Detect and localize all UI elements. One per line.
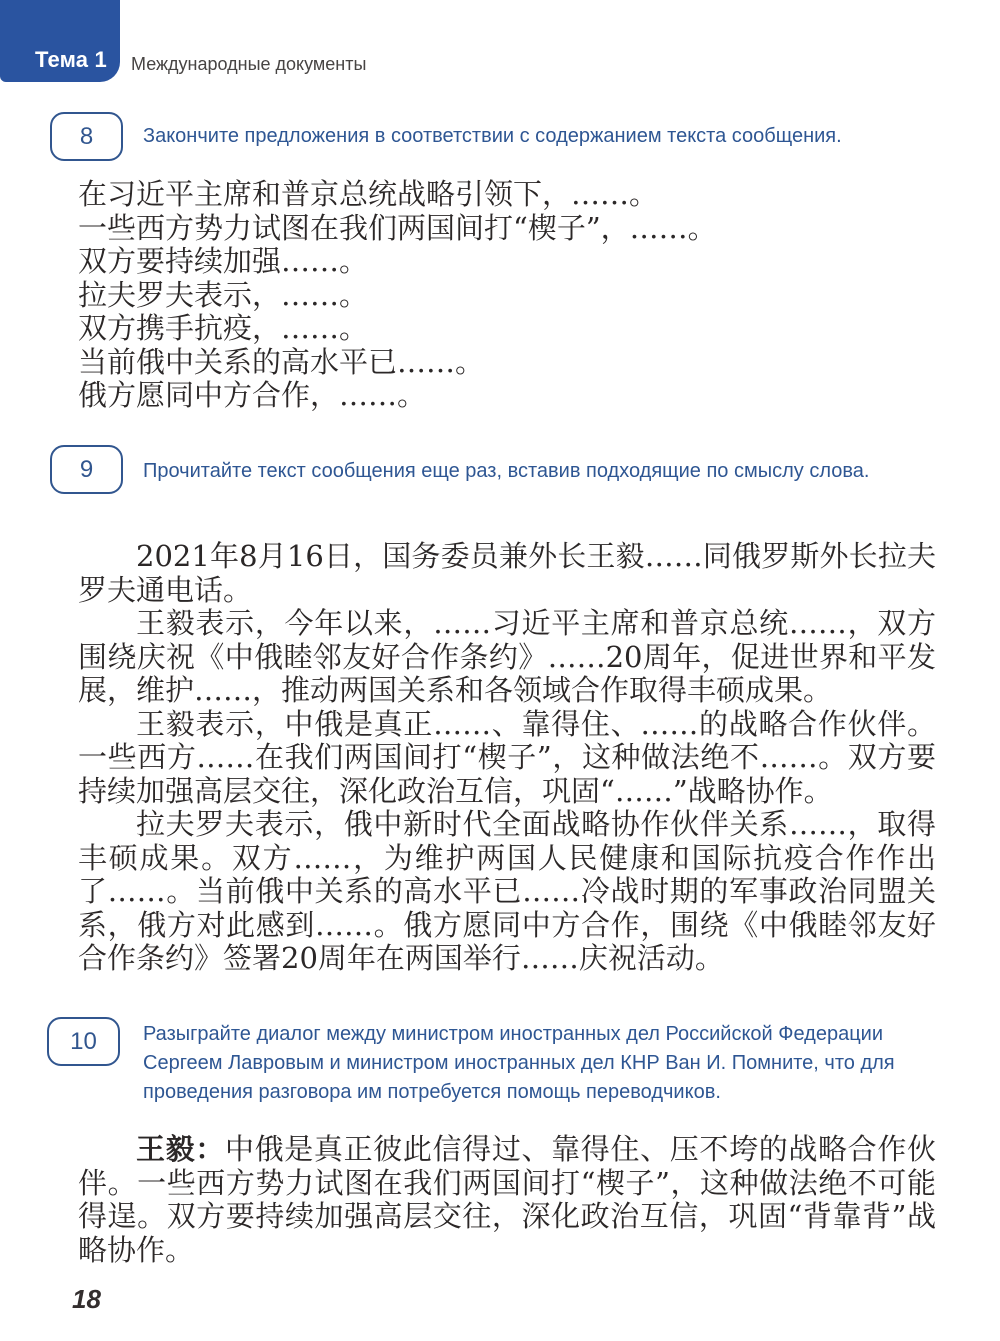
theme-tab-label: Тема 1 [35,47,107,73]
message-paragraph: 王毅表示，今年以来，……习近平主席和普京总统……，双方围绕庆祝《中俄睦邻友好合作… [78,607,936,708]
sentence-line: 双方要持续加强……。 [78,245,936,279]
exercise-8-sentences: 在习近平主席和普京总统战略引领下，……。 一些西方势力试图在我们两国间打“楔子”… [78,178,936,413]
message-paragraph: 2021年8月16日，国务委员兼外长王毅……同俄罗斯外长拉夫罗夫通电话。 [78,540,936,607]
sentence-line: 拉夫罗夫表示，……。 [78,279,936,313]
exercise-8-number: 8 [80,123,93,151]
exercise-10-number: 10 [70,1028,97,1056]
exercise-8-number-box: 8 [50,112,123,161]
sentence-line: 俄方愿同中方合作，……。 [78,379,936,413]
theme-tab: Тема 1 [0,0,120,82]
exercise-10-instruction: Разыграйте диалог между министром иностр… [143,1020,921,1107]
dialog-speaker: 王毅： [136,1132,225,1166]
dialog-paragraph: 王毅：中俄是真正彼此信得过、靠得住、压不垮的战略合作伙伴。一些西方势力试图在我们… [78,1133,936,1267]
sentence-line: 当前俄中关系的高水平已……。 [78,346,936,380]
sentence-line: 一些西方势力试图在我们两国间打“楔子”，……。 [78,212,936,246]
sentence-line: 在习近平主席和普京总统战略引领下，……。 [78,178,936,212]
page-number: 18 [72,1284,101,1315]
sentence-line: 双方携手抗疫，……。 [78,312,936,346]
message-paragraph: 王毅表示，中俄是真正……、靠得住、……的战略合作伙伴。一些西方……在我们两国间打… [78,708,936,809]
chapter-title: Международные документы [131,54,366,75]
exercise-8-instruction: Закончите предложения в соответствии с с… [143,122,888,151]
exercise-9-number-box: 9 [50,445,123,494]
textbook-page: Тема 1 Международные документы 8 Закончи… [0,0,1000,1341]
exercise-9-instruction: Прочитайте текст сообщения еще раз, вста… [143,457,913,486]
message-paragraph: 拉夫罗夫表示，俄中新时代全面战略协作伙伴关系……，取得丰硕成果。双方……，为维护… [78,808,936,976]
exercise-9-message-text: 2021年8月16日，国务委员兼外长王毅……同俄罗斯外长拉夫罗夫通电话。 王毅表… [78,540,936,976]
exercise-9-number: 9 [80,456,93,484]
exercise-10-dialog: 王毅：中俄是真正彼此信得过、靠得住、压不垮的战略合作伙伴。一些西方势力试图在我们… [78,1133,936,1267]
exercise-10-number-box: 10 [47,1017,120,1066]
